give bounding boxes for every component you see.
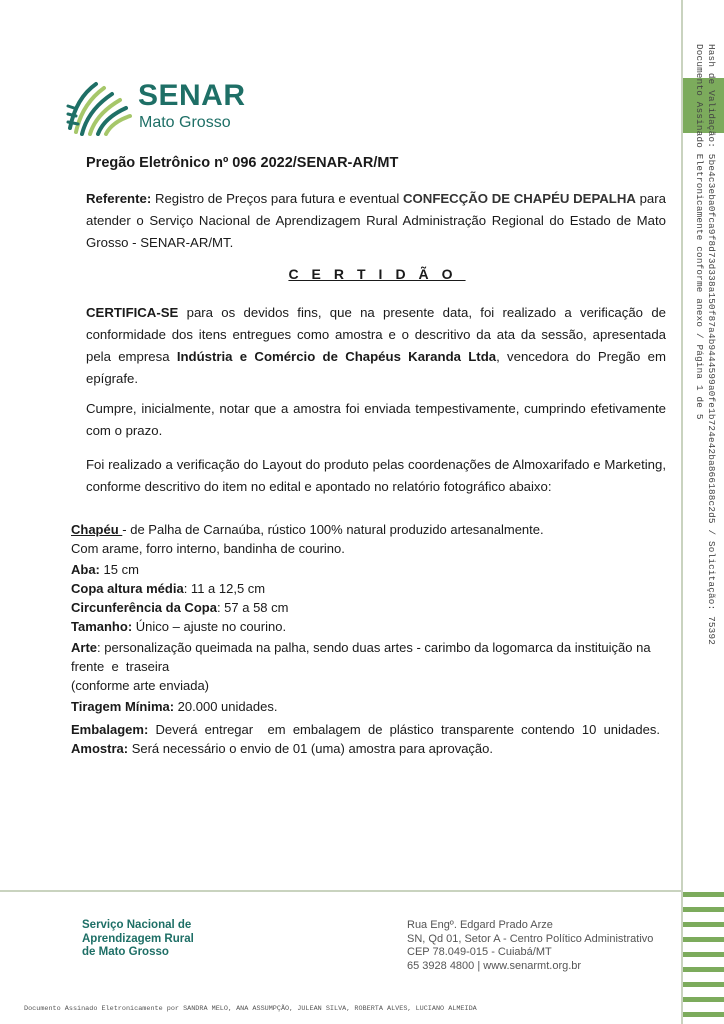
- org-line-2: Aprendizagem Rural: [82, 933, 194, 947]
- footer-address: Rua Engº. Edgard Prado Arze SN, Qd 01, S…: [407, 919, 653, 973]
- certifica-label: CERTIFICA-SE: [86, 305, 178, 320]
- spec-arte-2: frente e traseira: [71, 657, 691, 676]
- paragraph-prazo: Cumpre, inicialmente, notar que a amostr…: [86, 398, 666, 442]
- spec-arte-3: (conforme arte enviada): [71, 676, 691, 695]
- spec-amostra: Amostra: Será necessário o envio de 01 (…: [71, 739, 691, 758]
- spec-embalagem: Embalagem: Deverá entregar em embalagem …: [71, 720, 691, 739]
- spec-aba: Aba: 15 cm: [71, 560, 691, 579]
- embalagem-label: Embalagem:: [71, 722, 148, 737]
- certidao-heading: CERTIDÃO: [0, 266, 724, 284]
- org-line-1: Serviço Nacional de: [82, 919, 194, 933]
- paragraph-layout: Foi realizado a verificação do Layout do…: [86, 454, 666, 498]
- item-label: Chapéu: [71, 522, 122, 537]
- amostra-value: Será necessário o envio de 01 (uma) amos…: [128, 741, 493, 756]
- spec-item-desc-2: Com arame, forro interno, bandinha de co…: [71, 539, 691, 558]
- heading-text: CERTIDÃO: [288, 266, 465, 282]
- validation-stamp: Hash de Validação: 5be4c3eba0fca9f8d73d3…: [690, 44, 720, 604]
- tiragem-label: Tiragem Mínima:: [71, 699, 174, 714]
- margin-line: [681, 0, 683, 1024]
- certifica-paragraph: CERTIFICA-SE para os devidos fins, que n…: [86, 302, 666, 390]
- senar-logo: SENAR Mato Grosso: [66, 78, 266, 138]
- green-stripes: [683, 892, 724, 1024]
- amostra-label: Amostra:: [71, 741, 128, 756]
- address-line-3: CEP 78.049-015 - Cuiabá/MT: [407, 946, 653, 960]
- spec-tamanho: Tamanho: Único – ajuste no courino.: [71, 617, 691, 636]
- referente-paragraph: Referente: Registro de Preços para futur…: [86, 188, 666, 254]
- logo-subtitle: Mato Grosso: [139, 114, 231, 132]
- embalagem-value: Deverá entregar em embalagem de plástico…: [148, 722, 660, 737]
- aba-label: Aba:: [71, 562, 100, 577]
- logo-name: SENAR: [138, 79, 246, 113]
- wheat-field-icon: [66, 78, 132, 136]
- spec-arte: Arte: personalização queimada na palha, …: [71, 638, 691, 657]
- spec-item: Chapéu - de Palha de Carnaúba, rústico 1…: [71, 520, 691, 539]
- spec-tiragem: Tiragem Mínima: 20.000 unidades.: [71, 697, 691, 716]
- tamanho-value: Único – ajuste no courino.: [132, 619, 286, 634]
- page-title: Pregão Eletrônico nº 096 2022/SENAR-AR/M…: [86, 155, 398, 171]
- spec-circ: Circunferência da Copa: 57 a 58 cm: [71, 598, 691, 617]
- circ-value: : 57 a 58 cm: [217, 600, 289, 615]
- address-line-1: Rua Engº. Edgard Prado Arze: [407, 919, 653, 933]
- item-desc: - de Palha de Carnaúba, rústico 100% nat…: [122, 522, 543, 537]
- arte-label: Arte: [71, 640, 97, 655]
- aba-value: 15 cm: [100, 562, 139, 577]
- product-spec: Chapéu - de Palha de Carnaúba, rústico 1…: [71, 520, 691, 758]
- copa-value: : 11 a 12,5 cm: [184, 581, 265, 596]
- contact-line: 65 3928 4800 | www.senarmt.org.br: [407, 960, 653, 974]
- footer-org: Serviço Nacional de Aprendizagem Rural d…: [82, 919, 194, 960]
- referente-text: Registro de Preços para futura e eventua…: [151, 191, 403, 206]
- tiragem-value: 20.000 unidades.: [174, 699, 277, 714]
- circ-label: Circunferência da Copa: [71, 600, 217, 615]
- hash-line: Hash de Validação: 5be4c3eba0fca9f8d73d3…: [706, 44, 717, 645]
- footer-divider: [0, 890, 681, 892]
- signatures-line: Documento Assinado Eletronicamente por S…: [24, 1005, 477, 1013]
- copa-label: Copa altura média: [71, 581, 184, 596]
- referente-label: Referente:: [86, 191, 151, 206]
- signed-page-line: Documento Assinado Eletronicamente confo…: [694, 44, 705, 420]
- arte-value: : personalização queimada na palha, send…: [97, 640, 651, 655]
- address-line-2: SN, Qd 01, Setor A - Centro Político Adm…: [407, 933, 653, 947]
- tamanho-label: Tamanho:: [71, 619, 132, 634]
- object-highlight: CONFECÇÃO DE CHAPÉU DEPALHA: [403, 191, 636, 206]
- spec-copa: Copa altura média: 11 a 12,5 cm: [71, 579, 691, 598]
- org-line-3: de Mato Grosso: [82, 946, 194, 960]
- company-name: Indústria e Comércio de Chapéus Karanda …: [177, 349, 496, 364]
